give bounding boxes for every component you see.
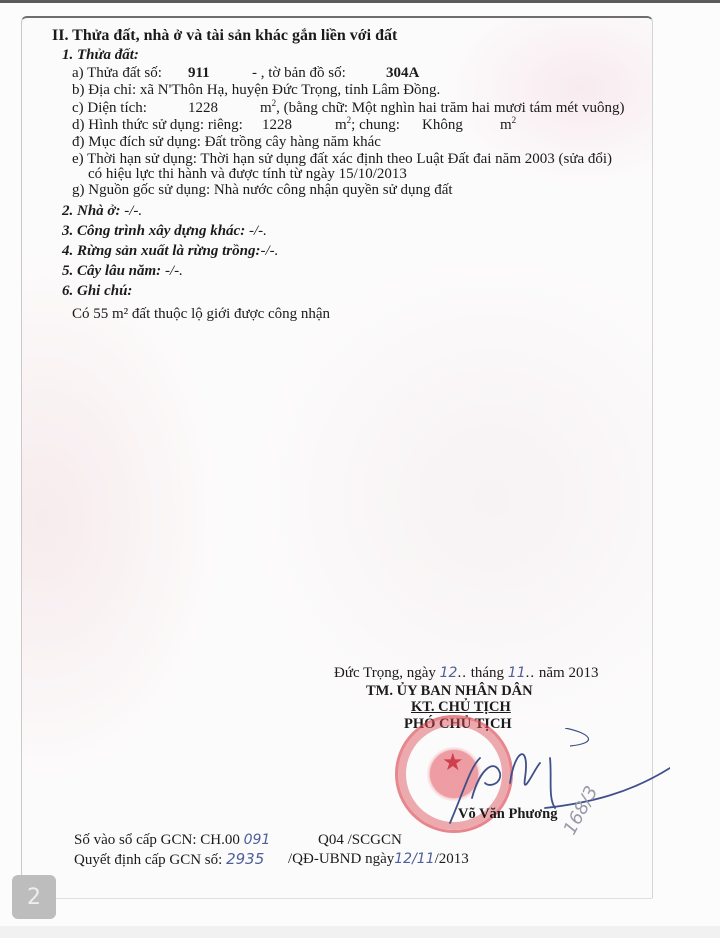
notes-text: Có 55 m² đất thuộc lộ giới được công nhậ… — [72, 306, 330, 323]
perennial-value: -/-. — [161, 263, 183, 279]
house-label: 2. Nhà ở: — [62, 203, 120, 219]
signer-name: Võ Văn Phương — [458, 806, 557, 823]
perennial-label: 5. Cây lâu năm: — [62, 263, 161, 279]
decision-day-month: 12/11 — [394, 851, 434, 867]
sign-day: 12 — [440, 665, 458, 681]
area-value: 1228 — [188, 100, 218, 117]
other-construction-value: -/-. — [245, 223, 267, 239]
decision-number: 2935 — [226, 850, 264, 868]
land-heading: 1. Thửa đất: — [62, 47, 139, 64]
term-row-continued: có hiệu lực thi hành và được tính từ ngà… — [88, 166, 407, 183]
for-chairman: KT. CHỦ TỊCH — [411, 699, 511, 716]
parcel-label: a) Thửa đất số: — [72, 65, 162, 81]
month-label: tháng — [471, 665, 504, 681]
other-construction-row: 3. Công trình xây dựng khác: -/-. — [62, 223, 267, 240]
parcel-number: 911 — [188, 65, 210, 82]
place-date: Đức Trọng, ngày 12.. tháng 11.. năm 2013 — [334, 665, 598, 682]
map-sheet-label: - , tờ bản đồ số: — [252, 65, 346, 82]
sign-year: năm 2013 — [539, 665, 599, 681]
decision-row: Quyết định cấp GCN số: 2935 /QĐ-UBND ngà… — [74, 851, 264, 869]
forest-value: -/-. — [260, 243, 278, 259]
notes-label: 6. Ghi chú: — [62, 283, 132, 300]
other-construction-label: 3. Công trình xây dựng khác: — [62, 223, 245, 239]
forest-row: 4. Rừng sản xuất là rừng trồng:-/-. — [62, 243, 278, 260]
decision-year: /2013 — [435, 851, 469, 867]
page-number-badge[interactable]: 2 — [12, 875, 56, 919]
sign-month: 11 — [508, 665, 526, 681]
usage-form-label: d) Hình thức sử dụng: riêng: — [72, 117, 243, 133]
viewer-bottom-strip — [0, 926, 720, 938]
registry-book-number: 091 — [244, 832, 271, 848]
area-row: c) Diện tích: 1228 m2, (bằng chữ: Một ng… — [72, 100, 147, 117]
decision-mid: /QĐ-UBND ngày — [288, 851, 394, 867]
shared-label: ; chung: — [351, 117, 400, 133]
origin-row: g) Nguồn gốc sử dụng: Nhà nước công nhận… — [72, 182, 453, 199]
area-label: c) Diện tích: — [72, 100, 147, 116]
map-sheet-number: 304A — [386, 65, 419, 82]
section-title: II. Thửa đất, nhà ở và tài sản khác gắn … — [52, 27, 397, 44]
registry-book-row: Số vào sổ cấp GCN: CH.00 091 Q04 /SCGCN — [74, 832, 270, 849]
decision-label: Quyết định cấp GCN số: — [74, 852, 222, 868]
registry-book-volume: Q04 — [318, 832, 344, 848]
signing-org: TM. ỦY BAN NHÂN DÂN — [366, 683, 533, 700]
private-area: 1228 — [262, 117, 292, 134]
registry-book-label: Số vào sổ cấp GCN: CH.00 — [74, 832, 240, 848]
shared-value: Không — [422, 117, 463, 134]
parcel-row: a) Thửa đất số: 911 - , tờ bản đồ số: 30… — [72, 65, 162, 82]
house-row: 2. Nhà ở: -/-. — [62, 203, 142, 220]
area-unit: m — [260, 100, 272, 116]
purpose-row: đ) Mục đích sử dụng: Đất trồng cây hàng … — [72, 134, 381, 151]
usage-form-row: d) Hình thức sử dụng: riêng: 1228 m2; ch… — [72, 117, 243, 134]
perennial-row: 5. Cây lâu năm: -/-. — [62, 263, 183, 280]
house-value: -/-. — [120, 203, 142, 219]
area-in-words: , (bằng chữ: Một nghìn hai trăm hai mươi… — [276, 100, 624, 116]
address-row: b) Địa chỉ: xã N'Thôn Hạ, huyện Đức Trọn… — [72, 82, 440, 99]
place-date-prefix: Đức Trọng, ngày — [334, 665, 436, 681]
forest-label: 4. Rừng sản xuất là rừng trồng: — [62, 243, 260, 259]
scan-top-edge — [0, 0, 720, 3]
registry-book-suffix: /SCGCN — [348, 832, 402, 848]
